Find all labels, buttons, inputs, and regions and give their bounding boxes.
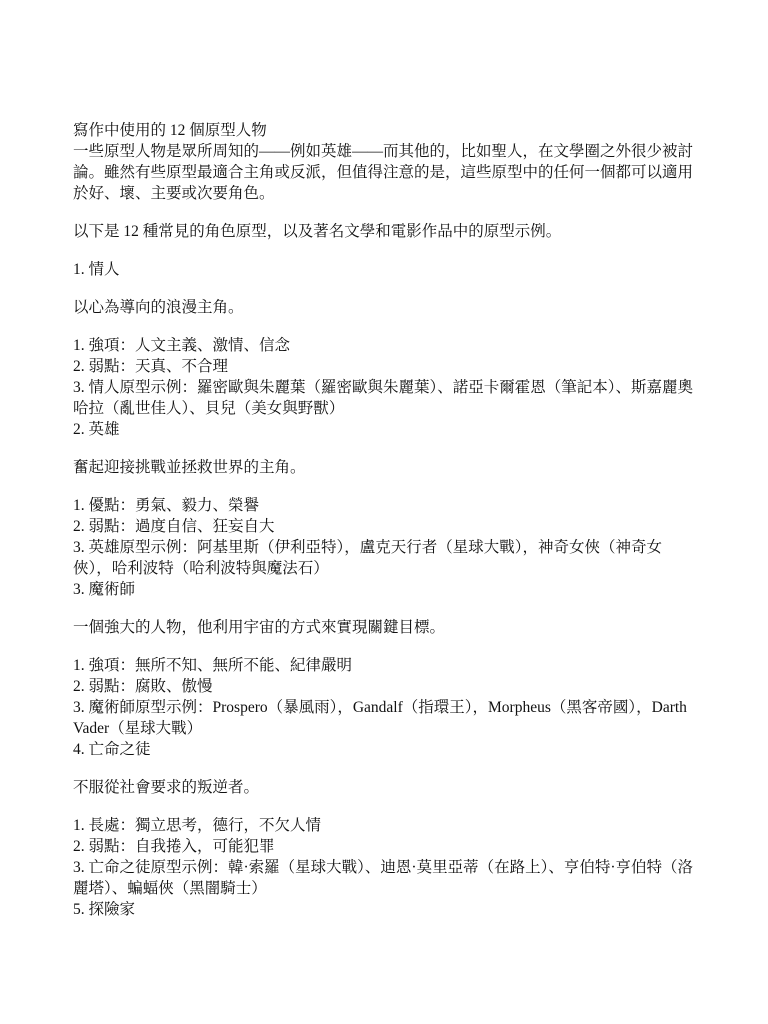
archetype-heading: 3. 魔術師	[73, 579, 698, 600]
archetype-strengths: 1. 優點：勇氣、毅力、榮譽	[73, 495, 698, 516]
archetype-heading: 5. 探險家	[73, 899, 698, 920]
archetype-strengths: 1. 強項：人文主義、激情、信念	[73, 335, 698, 356]
archetype-strengths: 1. 強項：無所不知、無所不能、紀律嚴明	[73, 655, 698, 676]
archetype-description: 一個強大的人物，他利用宇宙的方式來實現關鍵目標。	[73, 617, 698, 638]
document-page: 寫作中使用的 12 個原型人物 一些原型人物是眾所周知的——例如英雄——而其他的…	[73, 120, 698, 920]
archetype-weaknesses: 2. 弱點：過度自信、狂妄自大	[73, 516, 698, 537]
document-title: 寫作中使用的 12 個原型人物	[73, 120, 698, 141]
archetype-weaknesses: 2. 弱點：腐敗、傲慢	[73, 676, 698, 697]
archetype-weaknesses: 2. 弱點：天真、不合理	[73, 356, 698, 377]
archetype-weaknesses: 2. 弱點：自我捲入，可能犯罪	[73, 836, 698, 857]
archetype-section: 3. 魔術師 一個強大的人物，他利用宇宙的方式來實現關鍵目標。 1. 強項：無所…	[73, 579, 698, 739]
archetype-section: 2. 英雄 奮起迎接挑戰並拯救世界的主角。 1. 優點：勇氣、毅力、榮譽 2. …	[73, 419, 698, 579]
archetype-description: 以心為導向的浪漫主角。	[73, 297, 698, 318]
archetype-section: 4. 亡命之徒 不服從社會要求的叛逆者。 1. 長處：獨立思考，德行，不欠人情 …	[73, 739, 698, 899]
archetype-examples: 3. 魔術師原型示例：Prospero（暴風雨），Gandalf（指環王），Mo…	[73, 697, 698, 739]
archetype-heading: 4. 亡命之徒	[73, 739, 698, 760]
archetype-heading: 1. 情人	[73, 259, 698, 280]
archetype-examples: 3. 情人原型示例：羅密歐與朱麗葉（羅密歐與朱麗葉）、諾亞卡爾霍恩（筆記本）、斯…	[73, 377, 698, 419]
archetype-strengths: 1. 長處：獨立思考，德行，不欠人情	[73, 815, 698, 836]
intro-paragraph: 一些原型人物是眾所周知的——例如英雄——而其他的，比如聖人，在文學圈之外很少被討…	[73, 141, 698, 204]
archetype-examples: 3. 英雄原型示例：阿基里斯（伊利亞特），盧克天行者（星球大戰），神奇女俠（神奇…	[73, 537, 698, 579]
archetype-heading: 2. 英雄	[73, 419, 698, 440]
archetype-section: 1. 情人 以心為導向的浪漫主角。 1. 強項：人文主義、激情、信念 2. 弱點…	[73, 259, 698, 419]
archetype-examples: 3. 亡命之徒原型示例：韓·索羅（星球大戰）、迪恩·莫里亞蒂（在路上）、亨伯特·…	[73, 857, 698, 899]
archetype-section: 5. 探險家	[73, 899, 698, 920]
archetype-description: 不服從社會要求的叛逆者。	[73, 777, 698, 798]
archetype-description: 奮起迎接挑戰並拯救世界的主角。	[73, 457, 698, 478]
lead-paragraph: 以下是 12 種常見的角色原型，以及著名文學和電影作品中的原型示例。	[73, 221, 698, 242]
